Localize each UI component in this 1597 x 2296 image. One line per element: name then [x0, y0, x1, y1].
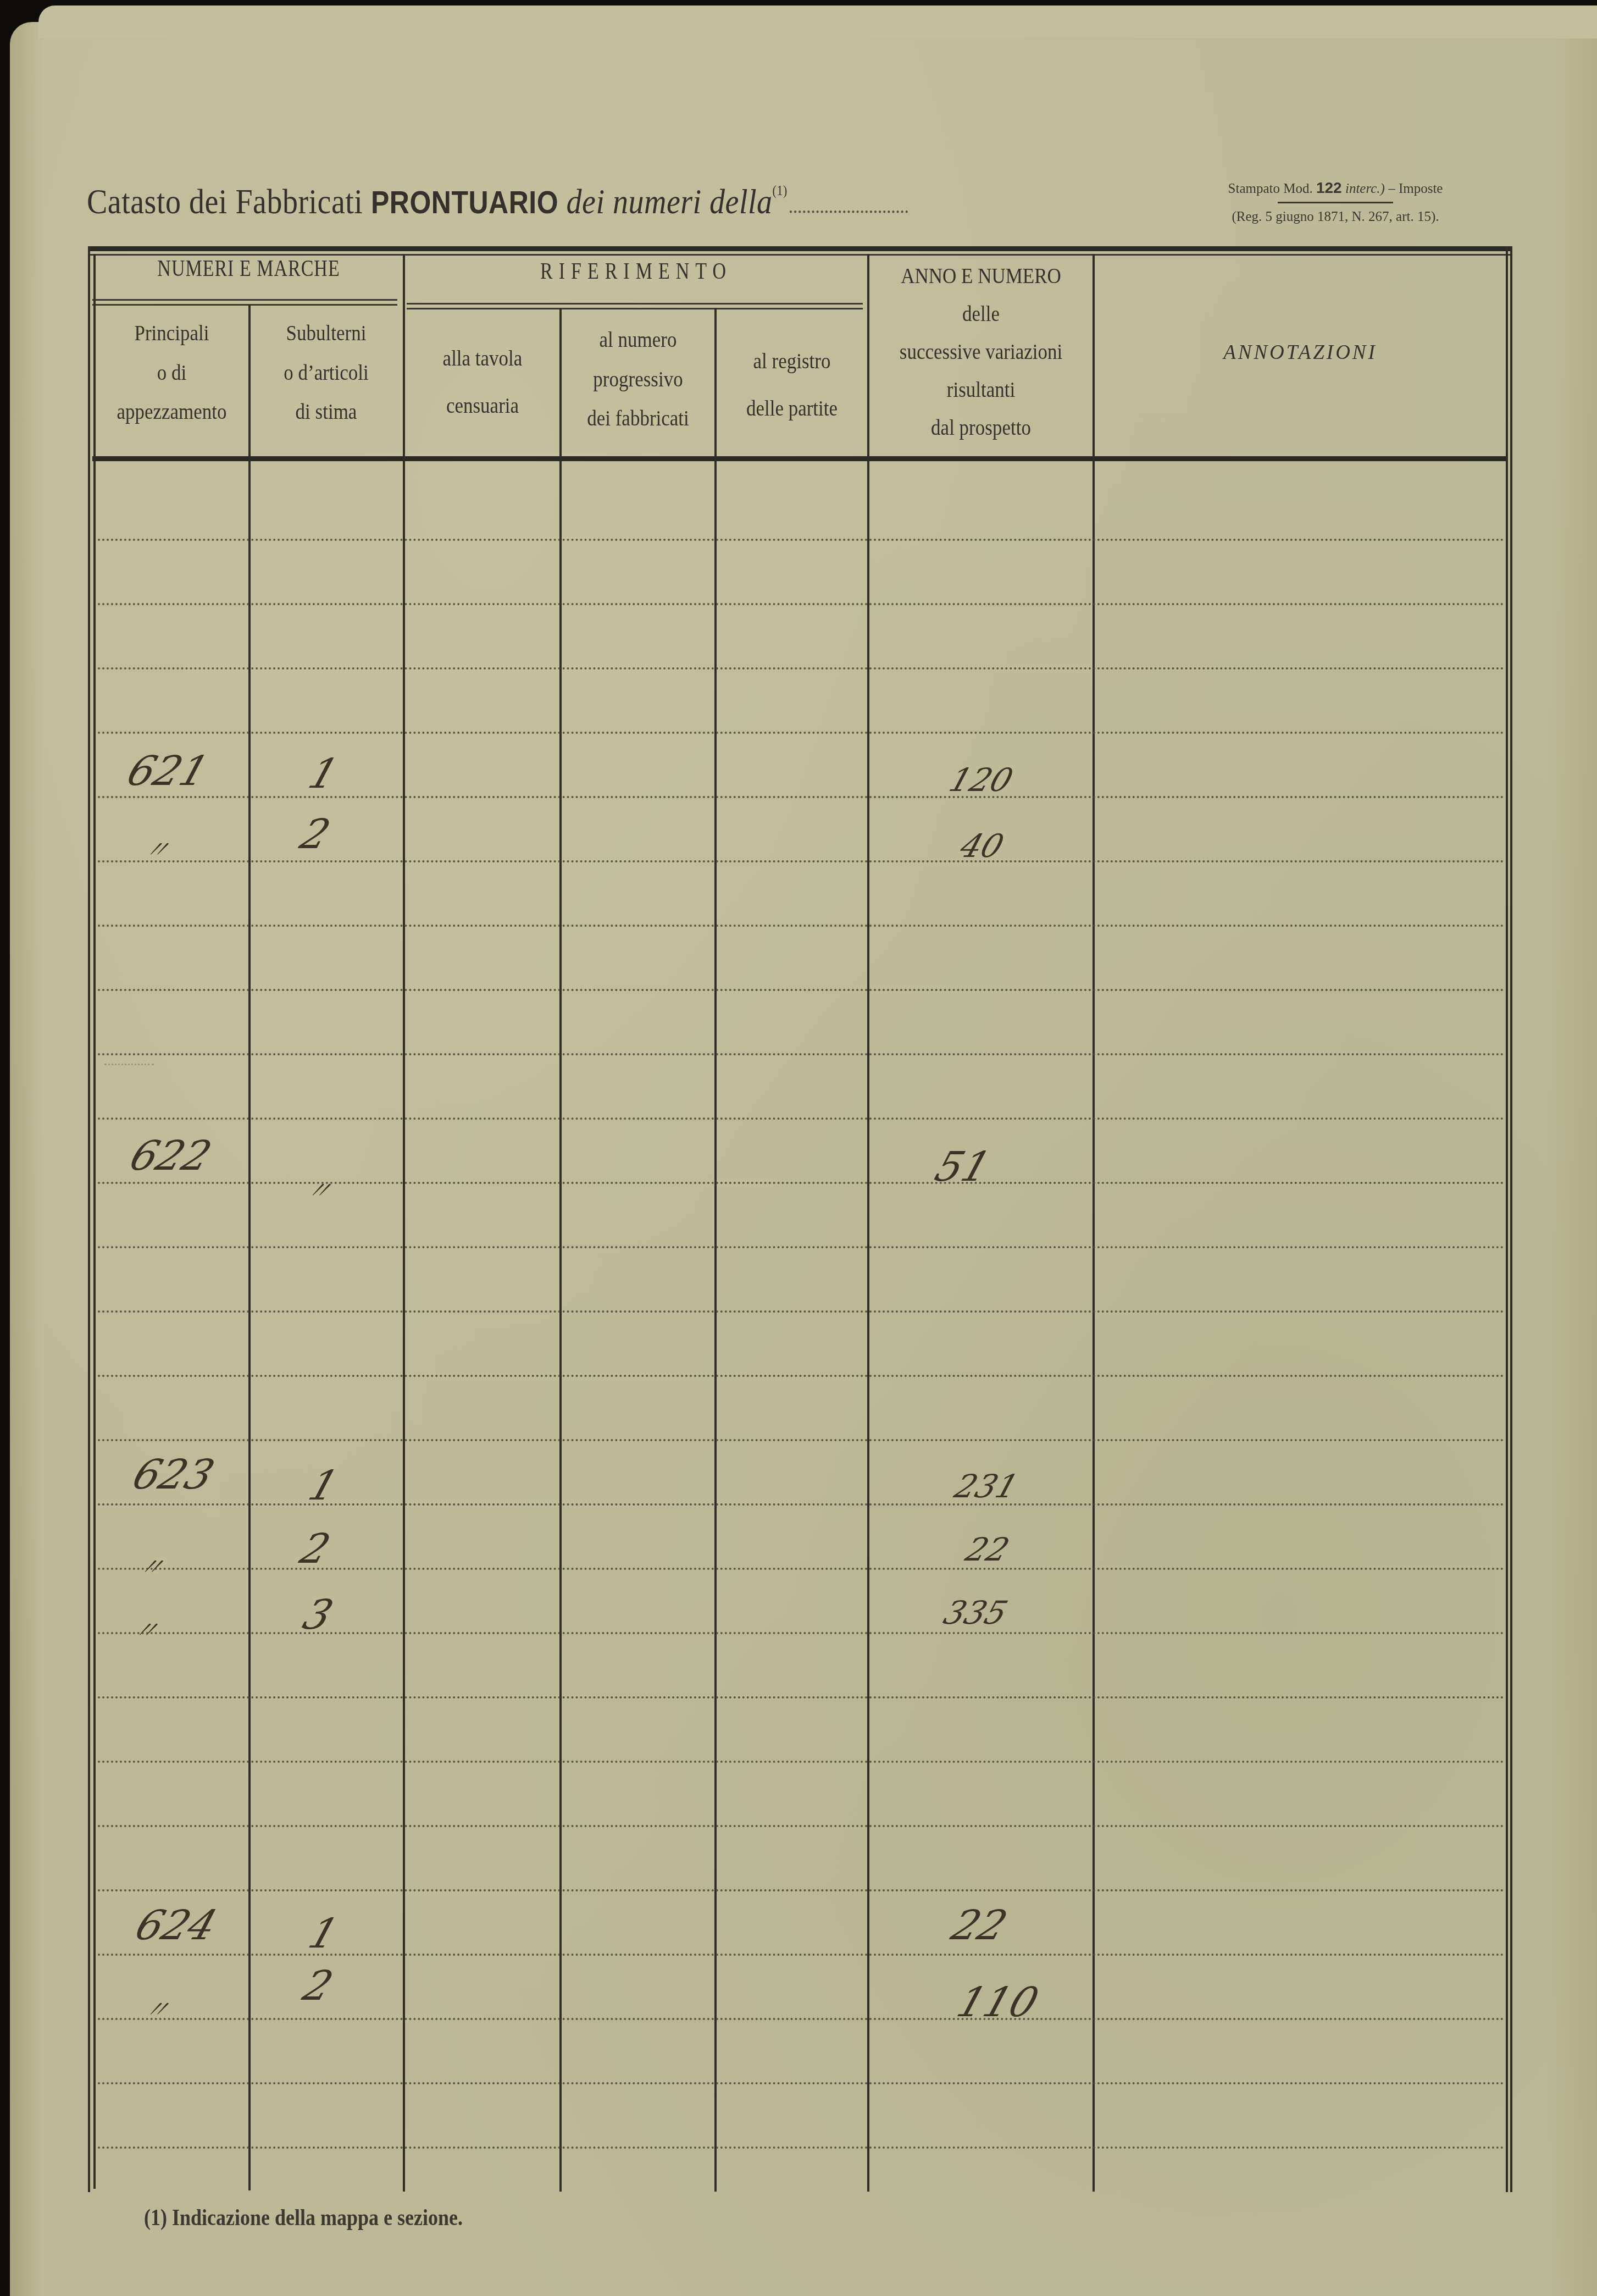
row-rule	[98, 1696, 1505, 1699]
right-border-outer	[1510, 246, 1512, 2192]
footnote: (1) Indicazione della mappa e sezione.	[144, 2204, 463, 2231]
col-header-numero-progressivo: al numero progressivo dei fabbricati	[562, 320, 714, 438]
entry-principale: 622	[124, 1132, 217, 1180]
col-header-principali: Principali o di appezzamento	[96, 314, 247, 431]
entry-principale-ditto: 〃	[129, 1611, 165, 1646]
entry-subalterno: 1	[303, 1462, 344, 1509]
group-rule-riferimento	[407, 303, 863, 305]
entry-principale-ditto: 〃	[135, 1547, 170, 1583]
group-header-numeri-e-marche: NUMERI E MARCHE	[96, 256, 401, 282]
row-rule	[98, 1310, 1505, 1313]
row-rule	[98, 1375, 1505, 1377]
entry-principale: 623	[127, 1451, 220, 1498]
row-rule	[98, 989, 1505, 991]
col-header-tavola-censuaria: alla tavola censuaria	[406, 335, 559, 430]
col-divider-5	[867, 254, 869, 2192]
row-rule	[98, 2082, 1505, 2084]
col-divider-6	[1093, 254, 1095, 2192]
entry-variazione: 22	[961, 1531, 1014, 1568]
row-rule	[98, 2146, 1505, 2149]
table-top-border	[88, 246, 1511, 251]
col-divider-3	[559, 308, 562, 2192]
row-rule	[98, 1889, 1505, 1891]
row-rule	[98, 1439, 1505, 1441]
col-header-annotazioni: ANNOTAZIONI	[1095, 341, 1506, 364]
group-rule-riferimento-2	[407, 308, 863, 309]
entry-subalterno: 2	[297, 1962, 339, 2010]
row-rule	[98, 925, 1505, 927]
group-rule-numeri-2	[92, 304, 397, 306]
col-header-registro-partite: al registro delle partite	[717, 338, 867, 433]
right-border	[1506, 246, 1508, 2192]
row-rule	[98, 1117, 1505, 1120]
entry-variazione: 231	[950, 1468, 1023, 1505]
entry-subalterno-ditto: 〃	[302, 1171, 338, 1206]
row-rule	[98, 667, 1505, 670]
col-divider-2	[403, 254, 405, 2192]
col-header-subalterni: Subulterni o d’articoli di stima	[251, 314, 402, 431]
left-border-inner	[93, 254, 96, 2189]
register-table: NUMERI E MARCHE RIFERIMENTO Principali o…	[0, 0, 1597, 2296]
entry-subalterno: 1	[303, 750, 344, 798]
entry-variazione: 335	[939, 1594, 1012, 1631]
entry-variazione: 120	[945, 761, 1018, 799]
row-rule	[98, 2018, 1505, 2020]
group-rule-numeri	[92, 299, 397, 301]
entry-variazione: 110	[951, 1979, 1044, 2026]
row-rule	[98, 539, 1505, 541]
row-rule	[98, 603, 1505, 605]
entry-subalterno: 1	[303, 1910, 344, 1957]
row-rule	[98, 1053, 1505, 1055]
header-bottom-border	[92, 456, 1506, 461]
entry-principale: 624	[130, 1902, 223, 1949]
col-header-anno-e-numero: ANNO E NUMERO delle successive variazion…	[869, 257, 1093, 447]
entry-variazione: 40	[956, 827, 1008, 865]
col-divider-4	[714, 308, 717, 2192]
row-rule	[98, 860, 1505, 862]
entry-subalterno: 2	[295, 811, 336, 858]
row-rule	[98, 1246, 1505, 1248]
entry-subalterno: 2	[295, 1525, 336, 1573]
left-border-outer	[88, 246, 90, 2192]
row-rule	[98, 1825, 1505, 1827]
entry-principale: 621	[121, 748, 214, 795]
group-header-riferimento: RIFERIMENTO	[407, 258, 866, 285]
row-rule	[98, 1761, 1505, 1763]
entry-variazione: 22	[946, 1902, 1013, 1949]
row-rule	[98, 732, 1505, 734]
ink-smudge	[104, 1064, 154, 1075]
